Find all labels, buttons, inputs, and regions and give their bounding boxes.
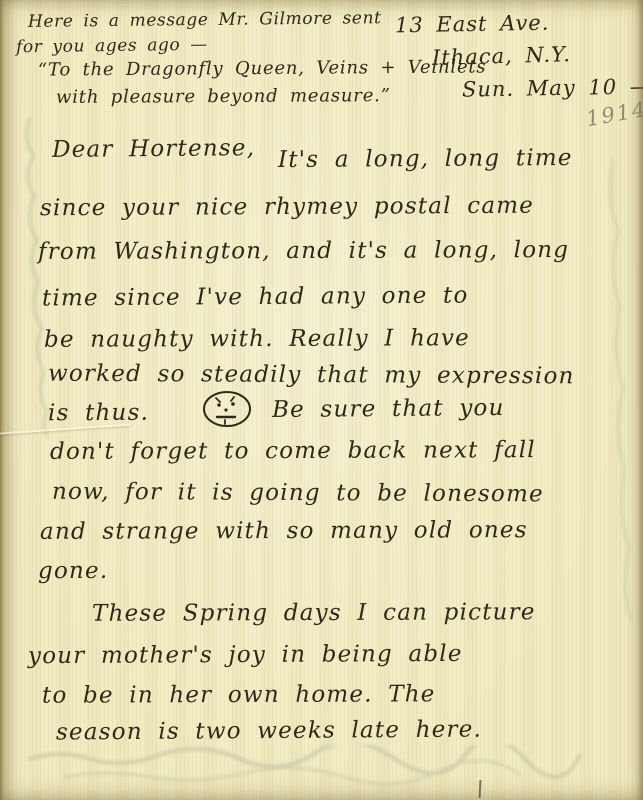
body-line: These Spring days I can picture [92, 599, 536, 627]
body-line: from Washington, and it's a long, long [38, 237, 569, 265]
body-line: now, for it is going to be lonesome [52, 479, 544, 508]
salutation: Dear Hortense, [52, 135, 255, 163]
date-line: Sun. May 10 — [462, 74, 643, 101]
body-line-is-thus: is thus. [48, 400, 149, 427]
year-pencil: 1914 [584, 97, 643, 131]
body-line: gone. [38, 558, 108, 584]
body-line: don't forget to come back next fall [50, 437, 536, 465]
quote-line-2: with pleasure beyond measure.” [56, 85, 391, 108]
quote-line-1: “To the Dragonfly Queen, Veins + Veinlet… [38, 56, 487, 80]
annotation-line-2: for you ages ago — [16, 35, 208, 58]
ink-bleedthrough-left-margin [8, 110, 48, 440]
annotation-line-1: Here is a message Mr. Gilmore sent [28, 8, 382, 32]
stray-pencil-mark [479, 780, 482, 798]
body-line: be naughty with. Really I have [44, 325, 470, 352]
address-line-2: Ithaca, N.Y. [432, 42, 572, 70]
body-line: time since I've had any one to [42, 283, 469, 312]
address-line-1: 13 East Ave. [395, 11, 550, 38]
ink-bleedthrough-bottom [25, 745, 585, 790]
body-line: and strange with so many old ones [40, 517, 528, 545]
body-line-be-sure: Be sure that you [272, 395, 505, 423]
body-line: since your nice rhymey postal came [40, 193, 534, 222]
opening-phrase: It's a long, long time [278, 145, 573, 173]
ink-bleedthrough-right [595, 150, 635, 650]
body-line: your mother's joy in being able [28, 641, 463, 669]
stern-face-doodle [200, 388, 254, 432]
body-line: to be in her own home. The [42, 681, 436, 708]
body-line: season is two weeks late here. [56, 717, 482, 746]
letter-page: Here is a message Mr. Gilmore sent for y… [0, 0, 643, 800]
body-line: worked so steadily that my expression [48, 361, 575, 390]
